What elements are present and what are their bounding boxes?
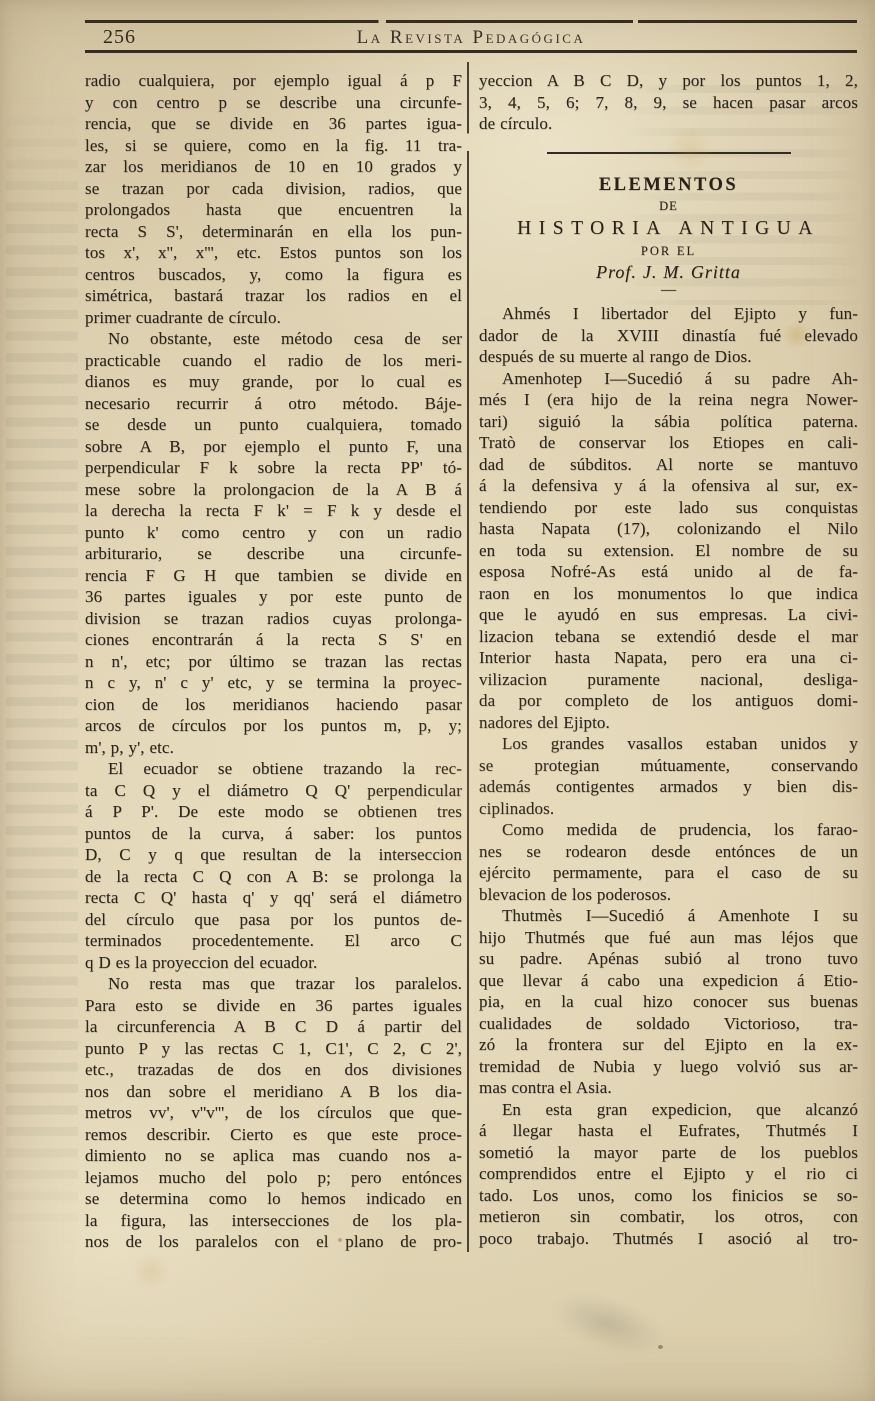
text-line: que llevar á cabo una expedicion á Etio- — [479, 970, 858, 992]
text-line: tari) siguió la sábia política paterna. — [479, 411, 858, 433]
text-line: Ahmés I libertador del Ejipto y fun- — [479, 303, 858, 325]
column-divider — [467, 62, 469, 1252]
scanned-page: 256 La Revista Pedagógica radio cualquie… — [0, 0, 875, 1401]
text-line: ta C Q y el diámetro Q Q' perpendicular — [85, 780, 462, 802]
text-line: primer cuadrante de círculo. — [85, 307, 462, 329]
text-line: de círculo. — [479, 113, 858, 135]
text-line: Los grandes vasallos estaban unidos y — [479, 733, 858, 755]
text-line: esposa Nofré-As está unido al de fa- — [479, 561, 858, 583]
paragraph: En esta gran expedicion, que alcanzóá ll… — [479, 1099, 858, 1250]
text-line: 36 partes iguales y por este punto de — [85, 586, 462, 608]
text-line: su padre. Apénas subió al trono tuvo — [479, 948, 858, 970]
text-line: 3, 4, 5, 6; 7, 8, 9, se hacen pasar arco… — [479, 92, 858, 114]
text-line: remos describir. Cierto es que este proc… — [85, 1124, 462, 1146]
text-line: tado. Los unos, como los finicios se so- — [479, 1185, 858, 1207]
text-line: Amenhotep I—Sucedió á su padre Ah- — [479, 368, 858, 390]
text-line: sometió la mayor parte de los pueblos — [479, 1142, 858, 1164]
text-line: á P P'. De este modo se obtienen tres — [85, 801, 462, 823]
text-line: simétrica, bastará trazar los radios en … — [85, 285, 462, 307]
text-line: cualidades de soldado Victorioso, tra- — [479, 1013, 858, 1035]
left-column-text: radio cualquiera, por ejemplo igual á p … — [85, 70, 462, 1253]
right-column: yeccion A B C D, y por los puntos 1, 2,3… — [479, 70, 858, 1249]
header-rule — [85, 50, 857, 53]
text-line: arcos de círculos por los puntos m, p, y… — [85, 715, 462, 737]
text-line: del círculo que pasa por los puntos de- — [85, 909, 462, 931]
text-line: n c y, n' c y' etc, y se termina la proy… — [85, 672, 462, 694]
text-line: El ecuador se obtiene trazando la rec- — [85, 758, 462, 780]
text-line: ciones encontrarán á la recta S S' en — [85, 629, 462, 651]
text-line: practicable cuando el radio de los meri- — [85, 350, 462, 372]
left-column: radio cualquiera, por ejemplo igual á p … — [85, 70, 462, 1253]
text-line: puntos de la curva, á saber: los puntos — [85, 823, 462, 845]
text-line: lejamos mucho del polo p; pero entónces — [85, 1167, 462, 1189]
text-line: la circunferencia A B C D á partir del — [85, 1016, 462, 1038]
text-line: cion de los meridianos haciendo pasar — [85, 694, 462, 716]
page-header: 256 La Revista Pedagógica — [85, 24, 857, 50]
paragraph: Thutmès I—Sucedió á Amenhote I suhijo Th… — [479, 905, 858, 1099]
paragraph: No obstante, este método cesa de serprac… — [85, 328, 462, 758]
text-line: hasta Napata (17), colonizando el Nilo — [479, 518, 858, 540]
text-line: rencia F G H que tambien se divide en — [85, 565, 462, 587]
text-line: ejército permamente, para el caso de su — [479, 862, 858, 884]
text-line: nadores del Ejipto. — [479, 712, 858, 734]
paragraph: Como medida de prudencia, los farao-nes … — [479, 819, 858, 905]
text-line: lizacion tebana se extendió desde el mar — [479, 626, 858, 648]
text-line: sobre A B, por ejemplo el punto F, una — [85, 436, 462, 458]
text-line: mas contra el Asia. — [479, 1077, 858, 1099]
bleed-through-texture — [6, 95, 78, 1245]
text-line: que le ayudó en sus empresas. La civi- — [479, 604, 858, 626]
text-line: dimiento no se aplica mas cuando nos a- — [85, 1145, 462, 1167]
text-line: nos dan sobre el meridiano A B los dia- — [85, 1081, 462, 1103]
article-title: ELEMENTOS — [479, 174, 858, 196]
text-line: punto P y las rectas C 1, C1', C 2, C 2'… — [85, 1038, 462, 1060]
text-line: tendiendo por este lado sus conquistas — [479, 497, 858, 519]
text-line: Tratò de conservar los Etiopes en cali- — [479, 432, 858, 454]
text-line: radio cualquiera, por ejemplo igual á p … — [85, 70, 462, 92]
text-line: No resta mas que trazar los paralelos. — [85, 973, 462, 995]
text-line: pia, en la cual hizo conocer sus buenas — [479, 991, 858, 1013]
text-line: se desde un punto cualquiera, tomado — [85, 414, 462, 436]
text-line: prolongados hasta que encuentren la — [85, 199, 462, 221]
text-line: á la defensiva y á la ofensiva al sur, e… — [479, 475, 858, 497]
journal-title: La Revista Pedagógica — [85, 27, 857, 49]
text-line: rencia, que se divide en 36 partes igua- — [85, 113, 462, 135]
text-line: metros vv', v''v''', de los círculos que… — [85, 1102, 462, 1124]
text-line: y con centro p se describe una circunfe- — [85, 92, 462, 114]
text-line: terminados procedentemente. El arco C — [85, 930, 462, 952]
text-line: mese sobre la prolongacion de la A B á — [85, 479, 462, 501]
paragraph: El ecuador se obtiene trazando la rec-ta… — [85, 758, 462, 973]
paragraph: radio cualquiera, por ejemplo igual á p … — [85, 70, 462, 328]
section-rule — [547, 152, 791, 155]
text-line: da por completo de los antiguos domi- — [479, 690, 858, 712]
paper-stain — [128, 1255, 174, 1289]
right-column-intro: yeccion A B C D, y por los puntos 1, 2,3… — [479, 70, 858, 135]
text-line: etc., trazadas de dos en dos divisiones — [85, 1059, 462, 1081]
text-line: dador de la XVIII dinastía fué elevado — [479, 325, 858, 347]
text-line: nes se rodearon desde entónces de un — [479, 841, 858, 863]
text-line: dianos es muy grande, por lo cual es — [85, 371, 462, 393]
text-line: zó la frontera sur del Ejipto en la ex- — [479, 1034, 858, 1056]
text-line: punto k' como centro y con un radio — [85, 522, 462, 544]
text-line: dad de súbditos. Al norte se mantuvo — [479, 454, 858, 476]
text-line: recta S S', determinarán en ella los pun… — [85, 221, 462, 243]
text-line: poco trabajo. Thutmés I asoció al tro- — [479, 1228, 858, 1250]
text-line: raon en los monumentos lo que indica — [479, 583, 858, 605]
text-line: en toda su extension. El nombre de su — [479, 540, 858, 562]
text-line: tos x', x'', x''', etc. Estos puntos son… — [85, 242, 462, 264]
text-line: la figura, las intersecciones de los pla… — [85, 1210, 462, 1232]
article-byline: POR EL — [479, 244, 858, 259]
text-line: n n', etc; por último se trazan las rect… — [85, 651, 462, 673]
top-rule — [85, 20, 857, 23]
text-line: además contigentes armados y bien dis- — [479, 776, 858, 798]
paragraph: Los grandes vasallos estaban unidos yse … — [479, 733, 858, 819]
text-line: nos de los paralelos con el plano de pro… — [85, 1231, 462, 1253]
article-of-label: DE — [479, 199, 858, 214]
text-line: comprendidos entre el Ejipto y el rio ci — [479, 1163, 858, 1185]
text-line: Como medida de prudencia, los farao- — [479, 819, 858, 841]
paper-speck — [658, 1345, 663, 1349]
text-line: se trazan por cada division, radios, que — [85, 178, 462, 200]
text-line: ciplinados. — [479, 798, 858, 820]
text-line: recta C Q' hasta q' y qq' será el diámet… — [85, 887, 462, 909]
text-line: D, C y q que resultan de la interseccion — [85, 844, 462, 866]
paragraph: Ahmés I libertador del Ejipto y fun-dado… — [479, 303, 858, 368]
text-line: Para esto se divide en 36 partes iguales — [85, 995, 462, 1017]
text-line: m', p, y', etc. — [85, 737, 462, 759]
text-line: division se trazan radios cuyas prolonga… — [85, 608, 462, 630]
text-line: la derecha la recta F k' = F k y desde e… — [85, 500, 462, 522]
text-line: yeccion A B C D, y por los puntos 1, 2, — [479, 70, 858, 92]
text-line: q D es la proyeccion del ecuador. — [85, 952, 462, 974]
text-line: perpendicular F k sobre la recta PP' tó- — [85, 457, 462, 479]
paper-smudge — [543, 1281, 673, 1368]
paragraph: Amenhotep I—Sucedió á su padre Ah-més I … — [479, 368, 858, 734]
text-line: metieron sin combatir, los otros, con — [479, 1206, 858, 1228]
section-end-dash: — — [479, 285, 858, 295]
text-line: á llegar hasta el Eufrates, Thutmés I — [479, 1120, 858, 1142]
text-line: zar los meridianos de 10 en 10 grados y — [85, 156, 462, 178]
paragraph: yeccion A B C D, y por los puntos 1, 2,3… — [479, 70, 858, 135]
text-line: tremidad de Nubia y luego volvió sus ar- — [479, 1056, 858, 1078]
text-line: vilizacion puramente nacional, desliga- — [479, 669, 858, 691]
right-column-text: Ahmés I libertador del Ejipto y fun-dado… — [479, 303, 858, 1249]
text-line: arbiturario, se describe una circunfe- — [85, 543, 462, 565]
paragraph: No resta mas que trazar los paralelos.Pa… — [85, 973, 462, 1253]
article-header: ELEMENTOS DE HISTORIA ANTIGUA POR EL Pro… — [479, 174, 858, 295]
text-line: Thutmès I—Sucedió á Amenhote I su — [479, 905, 858, 927]
text-line: centros buscados, y, como la figura es — [85, 264, 462, 286]
article-subject: HISTORIA ANTIGUA — [479, 217, 858, 241]
text-line: Interior hasta Napata, pero era una ci- — [479, 647, 858, 669]
text-line: se protegian mútuamente, conservando — [479, 755, 858, 777]
text-line: necesario recurrir á otro método. Báje- — [85, 393, 462, 415]
text-line: les, si se quiere, como en la fig. 11 tr… — [85, 135, 462, 157]
text-line: después de su muerte al rango de Dios. — [479, 346, 858, 368]
text-line: blevacion de los poderosos. — [479, 884, 858, 906]
article-author: Prof. J. M. Gritta — [479, 261, 858, 283]
text-line: se determina como lo hemos indicado en — [85, 1188, 462, 1210]
text-line: hijo Thutmés que fué aun mas léjos que — [479, 927, 858, 949]
text-line: No obstante, este método cesa de ser — [85, 328, 462, 350]
text-line: En esta gran expedicion, que alcanzó — [479, 1099, 858, 1121]
text-line: de la recta C Q con A B: se prolonga la — [85, 866, 462, 888]
text-line: més I (era hijo de la reina negra Nower- — [479, 389, 858, 411]
